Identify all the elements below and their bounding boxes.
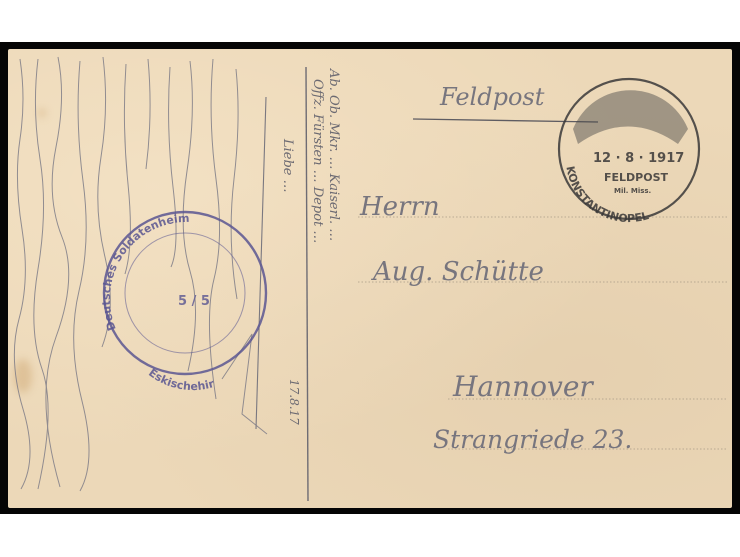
postcard-ink-layer: Feldpost Herrn Aug. Schütte Hannover Str…	[8, 49, 732, 508]
unit-stamp-center: 5 / 5	[178, 294, 210, 309]
message-date: 17.8.17	[287, 379, 301, 425]
address-street: Strangriede 23.	[433, 425, 632, 454]
address-lines	[358, 217, 728, 449]
sender-line-2: Offz. Fürsten … Depot …	[310, 79, 325, 243]
postmark-line2: Mil. Miss.	[614, 187, 651, 195]
postmark-line1: FELDPOST	[604, 171, 669, 184]
postcard: Feldpost Herrn Aug. Schütte Hannover Str…	[8, 49, 732, 508]
feldpost-underline	[413, 119, 598, 122]
divider-line	[306, 67, 308, 501]
address-city: Hannover	[452, 370, 594, 403]
sender-line-1: Ab. Ob. Mkr. … Kaiserl. …	[326, 68, 341, 241]
address-name: Aug. Schütte	[371, 257, 544, 287]
handwritten-message	[14, 57, 267, 491]
postmark-date: 12 · 8 · 1917	[593, 151, 684, 166]
address-salutation: Herrn	[359, 192, 440, 222]
greeting: Liebe …	[280, 138, 295, 193]
feldpost-label: Feldpost	[439, 83, 545, 111]
postmark: 12 · 8 · 1917 FELDPOST Mil. Miss. KONSTA…	[559, 79, 699, 225]
unit-stamp: Deutsches Soldatenheim Eskischehir 5 / 5	[100, 212, 266, 393]
